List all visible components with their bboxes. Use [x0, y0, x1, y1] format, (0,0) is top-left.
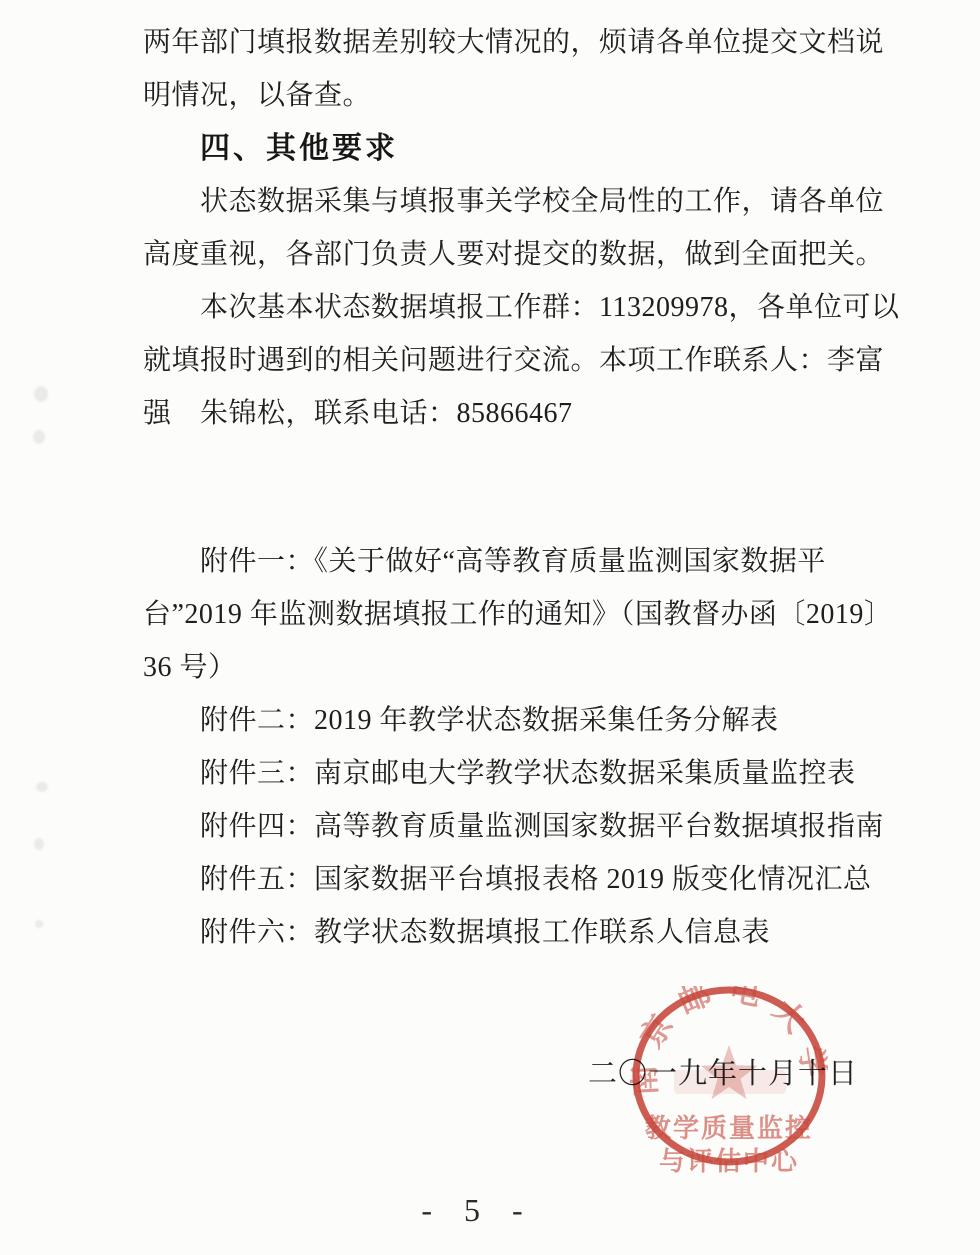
scan-artifact	[33, 430, 45, 444]
scan-artifact	[34, 386, 48, 402]
attachment-line: 附件三：南京邮电大学教学状态数据采集质量监控表	[143, 747, 875, 800]
text-line: 就填报时遇到的相关问题进行交流。本项工作联系人：李富	[143, 334, 875, 387]
attachment-line: 台”2019 年监测数据填报工作的通知》（国教督办函〔2019〕	[143, 588, 875, 641]
scan-artifact	[34, 838, 44, 850]
text-line: 明情况，以备查。	[143, 69, 875, 122]
text-line: 两年部门填报数据差别较大情况的，烦请各单位提交文档说	[143, 16, 875, 69]
text-line: 强 朱锦松，联系电话：85866467	[143, 387, 875, 440]
section-heading: 四、其他要求	[143, 122, 875, 175]
scan-artifact	[35, 920, 43, 928]
date-line: 二〇一九年十月十日	[588, 1051, 858, 1092]
seal-dept-line2: 与评估中心	[659, 1146, 799, 1176]
document-page: 两年部门填报数据差别较大情况的，烦请各单位提交文档说 明情况，以备查。 四、其他…	[0, 0, 980, 1255]
attachment-line: 附件六：教学状态数据填报工作联系人信息表	[143, 906, 875, 959]
attachments-list: 附件一：《关于做好“高等教育质量监测国家数据平 台”2019 年监测数据填报工作…	[143, 535, 875, 959]
body-text: 两年部门填报数据差别较大情况的，烦请各单位提交文档说 明情况，以备查。 四、其他…	[143, 16, 875, 959]
page-number: - 5 -	[0, 1192, 956, 1229]
attachment-line: 附件四：高等教育质量监测国家数据平台数据填报指南	[143, 800, 875, 853]
scan-artifact	[36, 782, 48, 792]
attachment-line: 附件二：2019 年教学状态数据采集任务分解表	[143, 694, 875, 747]
text-line: 高度重视，各部门负责人要对提交的数据，做到全面把关。	[143, 228, 875, 281]
text-line: 本次基本状态数据填报工作群：113209978，各单位可以	[143, 281, 875, 334]
attachment-line: 附件五：国家数据平台填报表格 2019 版变化情况汇总	[143, 853, 875, 906]
attachment-line: 附件一：《关于做好“高等教育质量监测国家数据平	[143, 535, 875, 588]
attachment-line: 36 号）	[143, 641, 875, 694]
text-line: 状态数据采集与填报事关学校全局性的工作，请各单位	[143, 175, 875, 228]
seal-dept-line1: 教学质量监控	[645, 1113, 813, 1143]
